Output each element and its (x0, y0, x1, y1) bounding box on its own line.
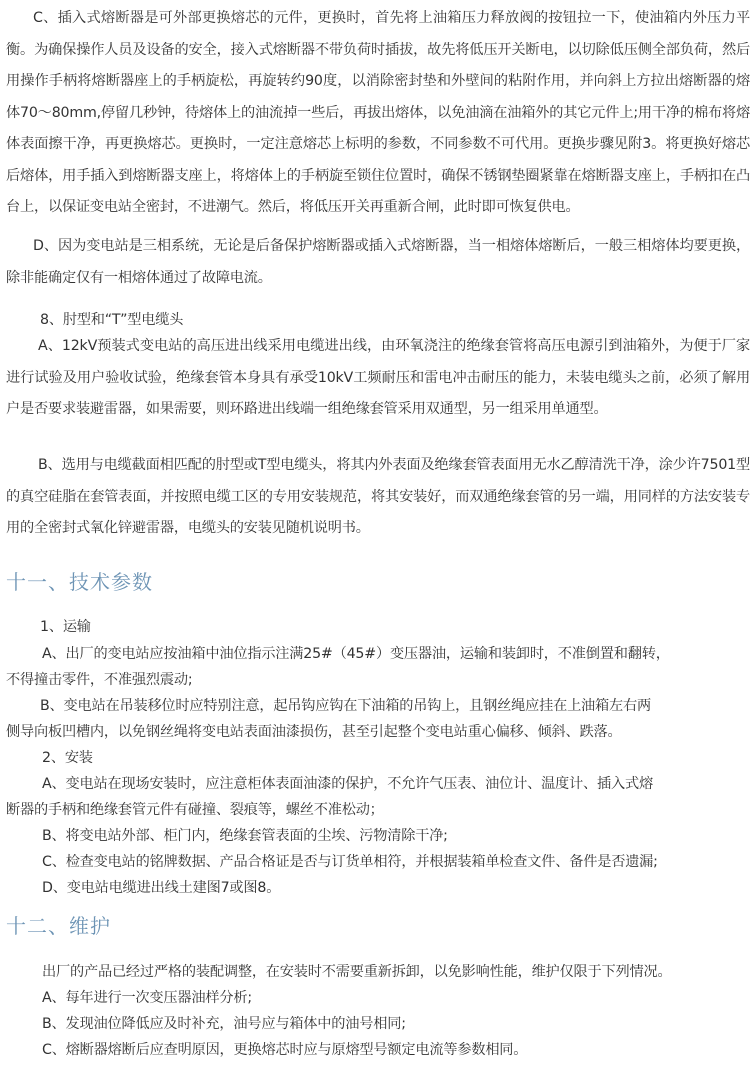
transport-paragraph-a-line2: 不得撞击零件，不准强烈震动; (6, 670, 192, 690)
cable-head-paragraph-b: B、选用与电缆截面相匹配的肘型或T型电缆头，将其内外表面及绝缘套管表面用无水乙醇… (6, 450, 750, 545)
maintenance-item-c: C、熔断器熔断后应查明原因，更换熔芯时应与原熔型号额定电流等参数相同。 (42, 1040, 527, 1060)
fuse-replacement-paragraph-d: D、因为变电站是三相系统，无论是后备保护熔断器或插入式熔断器，当一相熔体熔断后，… (6, 231, 750, 294)
install-paragraph-d: D、变电站电缆进出线土建图7或图8。 (42, 878, 280, 898)
maintenance-item-a: A、每年进行一次变压器油样分析; (42, 988, 252, 1008)
cable-head-subtitle: 8、肘型和“T”型电缆头 (40, 310, 183, 330)
install-paragraph-a-line2: 断器的手柄和绝缘套管元件有碰撞、裂痕等，螺丝不准松动； (6, 800, 384, 820)
transport-paragraph-b-line2: 侧导向板凹槽内，以免钢丝绳将变电站表面油漆损伤，甚至引起整个变电站重心偏移、倾斜… (6, 722, 621, 742)
install-paragraph-b: B、将变电站外部、柜门内，绝缘套管表面的尘埃、污物清除干净; (42, 826, 448, 846)
transport-subtitle: 1、运输 (40, 617, 91, 637)
install-paragraph-a-line1: A、变电站在现场安装时，应注意柜体表面油漆的保护，不允许气压表、油位计、温度计、… (42, 774, 653, 794)
transport-paragraph-a-line1: A、出厂的变电站应按油箱中油位指示注满25#（45#）变压器油，运输和装卸时，不… (42, 644, 670, 664)
cable-head-paragraph-a: A、12kV预装式变电站的高压进出线采用电缆进出线，由环氧浇注的绝缘套管将高压电… (6, 331, 750, 426)
maintenance-item-b: B、发现油位降低应及时补充，油号应与箱体中的油号相同; (42, 1014, 406, 1034)
maintenance-intro: 出厂的产品已经过严格的装配调整，在安装时不需要重新拆卸，以免影响性能，维护仅限于… (42, 962, 671, 982)
section-heading-technical-parameters: 十一、技术参数 (6, 566, 153, 595)
section-heading-maintenance: 十二、维护 (6, 910, 111, 939)
fuse-replacement-paragraph-c: C、插入式熔断器是可外部更换熔芯的元件，更换时，首先将上油箱压力释放阀的按钮拉一… (6, 3, 750, 224)
transport-paragraph-b-line1: B、变电站在吊装移位时应特别注意，起吊钩应钩在下油箱的吊钩上，且钢丝绳应挂在上油… (40, 696, 651, 716)
install-subtitle: 2、安装 (42, 748, 93, 768)
install-paragraph-c: C、检查变电站的铭牌数据、产品合格证是否与订货单相符，并根据装箱单检查文件、备件… (42, 852, 658, 872)
